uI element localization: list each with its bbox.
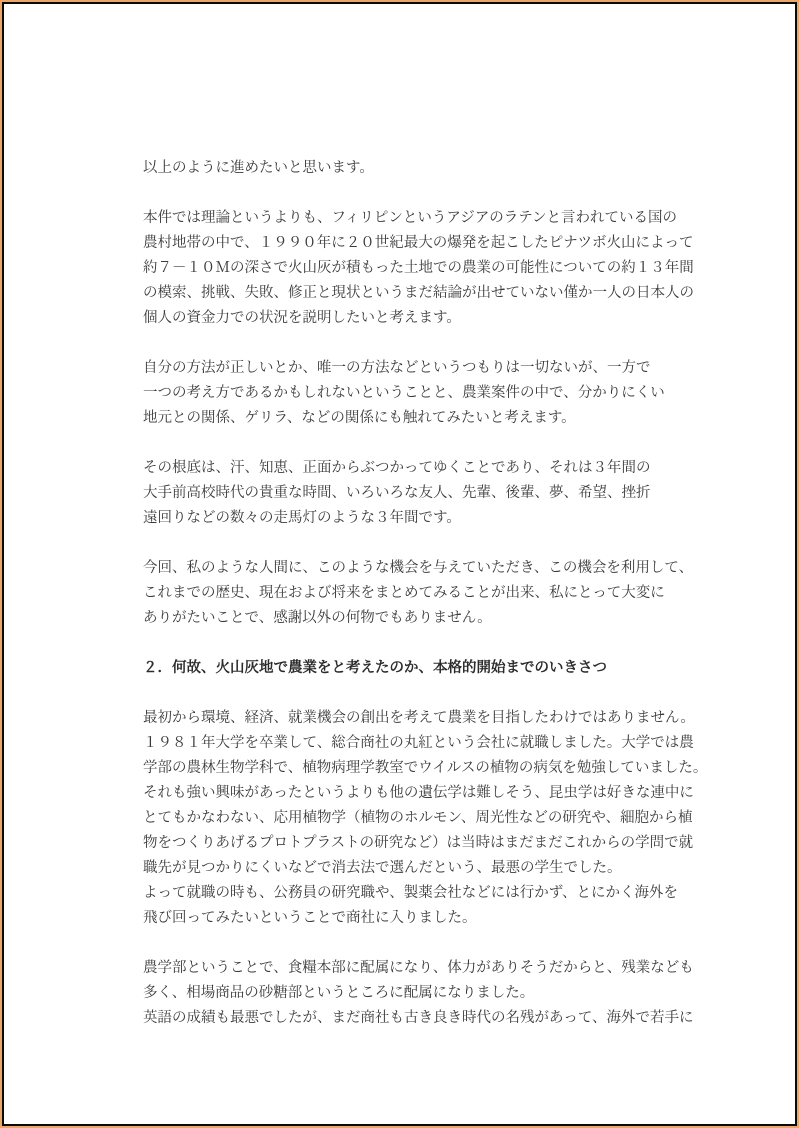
- text-line: 飛び回ってみたいということで商社に入りました。: [143, 906, 695, 931]
- text-line: ありがたいことで、感謝以外の何物でもありません。: [143, 606, 695, 631]
- text-line: 本件では理論というよりも、フィリピンというアジアのラテンと言われている国の: [143, 206, 695, 231]
- paragraph: 今回、私のような人間に、このような機会を与えていただき、この機会を利用して、 こ…: [143, 556, 695, 631]
- text-line: 農学部ということで、食糧本部に配属になり、体力がありそうだからと、残業なども: [143, 956, 695, 981]
- text-line: よって就職の時も、公務員の研究職や、製薬会社などには行かず、とにかく海外を: [143, 881, 695, 906]
- text-line: 地元との関係、ゲリラ、などの関係にも触れてみたいと考えます。: [143, 406, 695, 431]
- text-line: 遠回りなどの数々の走馬灯のような３年間です。: [143, 506, 695, 531]
- text-line: 最初から環境、経済、就業機会の創出を考えて農業を目指したわけではありません。: [143, 706, 695, 731]
- text-line: 多く、相場商品の砂糖部というところに配属になりました。: [143, 981, 695, 1006]
- text-line: これまでの歴史、現在および将来をまとめてみることが出来、私にとって大変に: [143, 581, 695, 606]
- text-line: 英語の成績も最悪でしたが、まだ商社も古き良き時代の名残があって、海外で若手に: [143, 1006, 695, 1031]
- text-line: １９８１年大学を卒業して、総合商社の丸紅という会社に就職しました。大学では農: [143, 731, 695, 756]
- paragraph: その根底は、汗、知恵、正面からぶつかってゆくことであり、それは３年間の 大手前高…: [143, 456, 695, 531]
- text-line: 個人の資金力での状況を説明したいと考えます。: [143, 306, 695, 331]
- text-line: 一つの考え方であるかもしれないということと、農業案件の中で、分かりにくい: [143, 381, 695, 406]
- text-line: 物をつくりあげるプロトプラストの研究など）は当時はまだまだこれからの学問で就: [143, 831, 695, 856]
- heading-text: ２．何故、火山灰地で農業をと考えたのか、本格的開始までのいきさつ: [143, 656, 695, 681]
- text-line: その根底は、汗、知恵、正面からぶつかってゆくことであり、それは３年間の: [143, 456, 695, 481]
- text-line: 自分の方法が正しいとか、唯一の方法などというつもりは一切ないが、一方で: [143, 356, 695, 381]
- text-line: 職先が見つかりにくいなどで消去法で選んだという、最悪の学生でした。: [143, 856, 695, 881]
- paragraph: 自分の方法が正しいとか、唯一の方法などというつもりは一切ないが、一方で 一つの考…: [143, 356, 695, 431]
- section-heading: ２．何故、火山灰地で農業をと考えたのか、本格的開始までのいきさつ: [143, 656, 695, 681]
- text-line: の模索、挑戦、失敗、修正と現状というまだ結論が出せていない僅か一人の日本人の: [143, 281, 695, 306]
- text-line: 以上のように進めたいと思います。: [143, 156, 695, 181]
- text-line: 大手前高校時代の貴重な時間、いろいろな友人、先輩、後輩、夢、希望、挫折: [143, 481, 695, 506]
- paragraph: 最初から環境、経済、就業機会の創出を考えて農業を目指したわけではありません。 １…: [143, 706, 695, 931]
- text-line: 今回、私のような人間に、このような機会を与えていただき、この機会を利用して、: [143, 556, 695, 581]
- document-body: 以上のように進めたいと思います。 本件では理論というよりも、フィリピンというアジ…: [4, 4, 795, 1031]
- document-page: 以上のように進めたいと思います。 本件では理論というよりも、フィリピンというアジ…: [0, 0, 799, 1128]
- paragraph: 以上のように進めたいと思います。: [143, 156, 695, 181]
- text-line: 学部の農林生物学科で、植物病理学教室でウイルスの植物の病気を勉強していました。: [143, 756, 695, 781]
- page-border: 以上のように進めたいと思います。 本件では理論というよりも、フィリピンというアジ…: [2, 2, 797, 1126]
- paragraph: 本件では理論というよりも、フィリピンというアジアのラテンと言われている国の 農村…: [143, 206, 695, 331]
- text-line: 約７－１０Ｍの深さで火山灰が積もった土地での農業の可能性についての約１３年間: [143, 256, 695, 281]
- text-line: それも強い興味があったというよりも他の遺伝学は難しそう、昆虫学は好きな連中に: [143, 781, 695, 806]
- text-line: とてもかなわない、応用植物学（植物のホルモン、周光性などの研究や、細胞から植: [143, 806, 695, 831]
- text-line: 農村地帯の中で、１９９０年に２０世紀最大の爆発を起こしたピナツボ火山によって: [143, 231, 695, 256]
- paragraph: 農学部ということで、食糧本部に配属になり、体力がありそうだからと、残業なども 多…: [143, 956, 695, 1031]
